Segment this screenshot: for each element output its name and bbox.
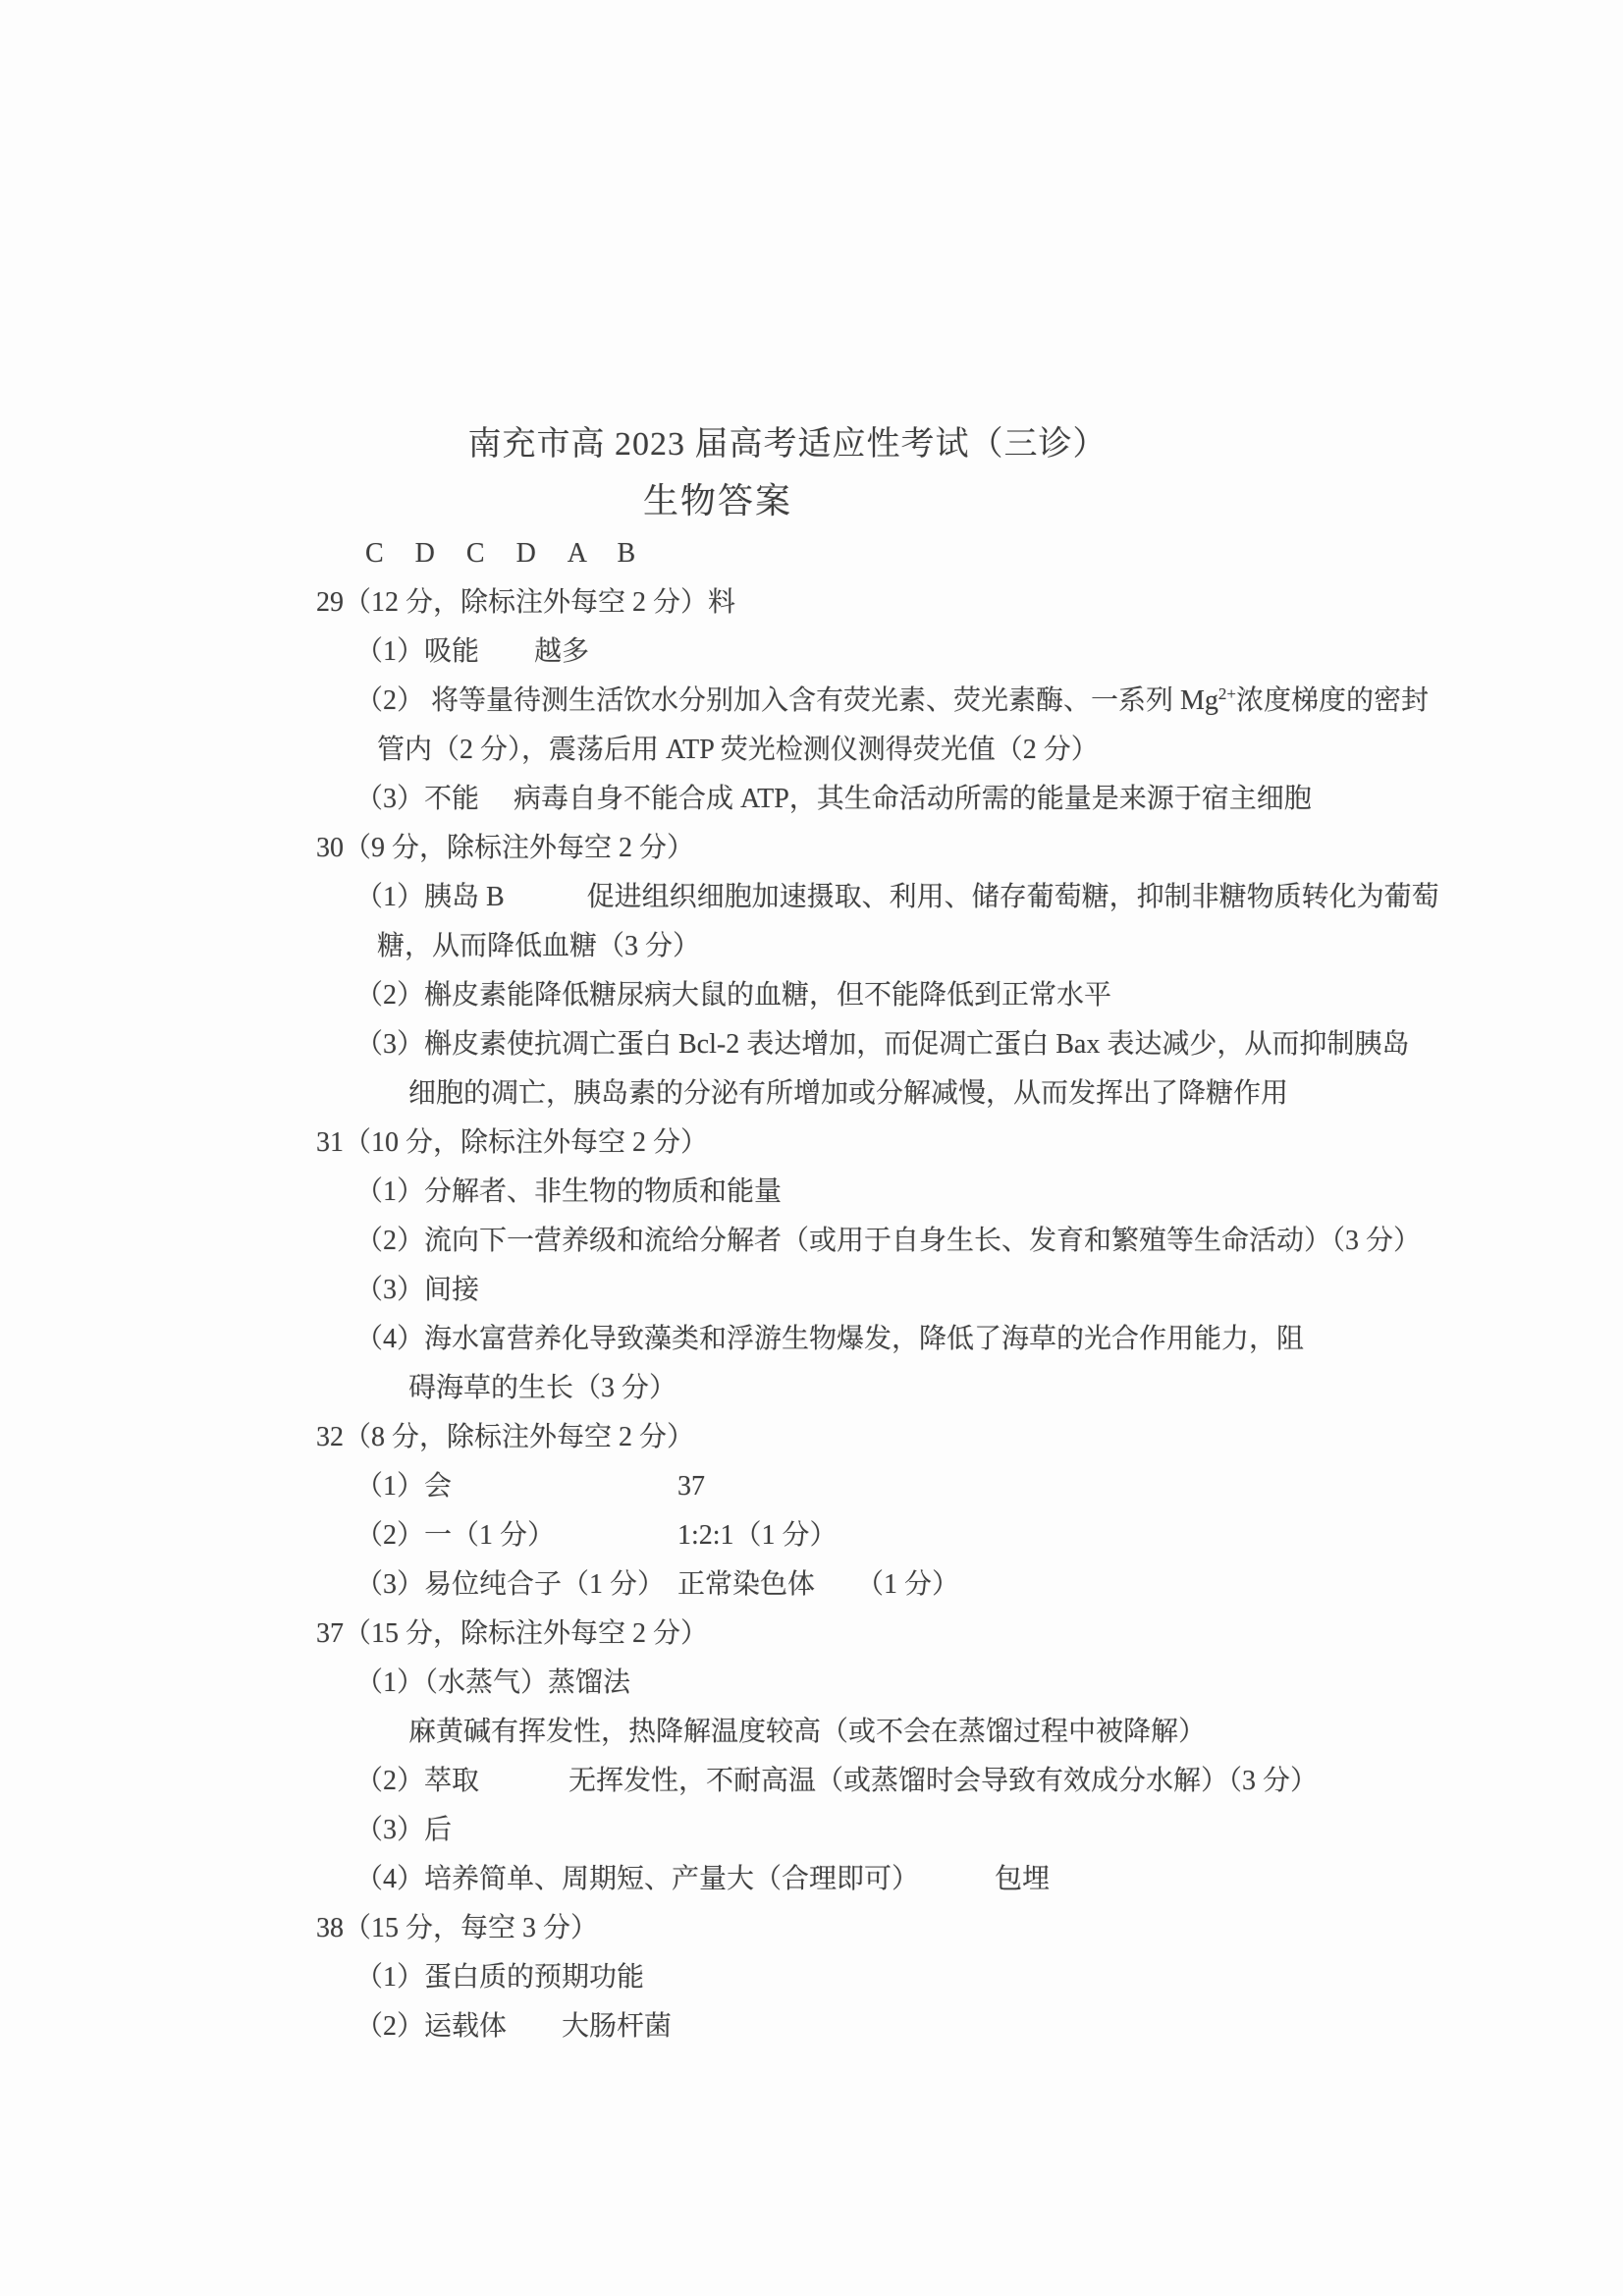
q37-answer-1: （1）（水蒸气）蒸馏法: [0, 1659, 1623, 1708]
document-page: 南充市高 2023 届高考适应性考试（三诊） 生物答案 C D C D A B …: [0, 0, 1623, 2296]
q30-header: 30（9 分，除标注外每空 2 分）: [0, 824, 1623, 873]
document-title: 南充市高 2023 届高考适应性考试（三诊）: [0, 416, 1575, 465]
q29-answer-2-text: （2） 将等量待测生活饮水分别加入含有荧光素、荧光素酶、一系列 Mg: [355, 685, 1218, 716]
q29-answer-2-tail: 浓度梯度的密封: [1236, 685, 1429, 716]
document-subtitle: 生物答案: [0, 473, 1435, 523]
q38-header: 38（15 分，每空 3 分）: [0, 1904, 1623, 1953]
q29-answer-3: （3）不能 病毒自身不能合成 ATP，其生命活动所需的能量是来源于宿主细胞: [0, 775, 1623, 824]
q32-answer-2-blank-2: 1:2:1（1 分）: [677, 1520, 838, 1551]
q32-answer-1-blank-2: 37: [677, 1471, 705, 1502]
q38-answer-1: （1）蛋白质的预期功能: [0, 1953, 1623, 2002]
q29-answer-1: （1）吸能 越多: [0, 628, 1623, 677]
q31-header: 31（10 分，除标注外每空 2 分）: [0, 1119, 1623, 1168]
q32-answer-1: （1）会37: [0, 1462, 1623, 1511]
q37-answer-1-continuation: 麻黄碱有挥发性，热降解温度较高（或不会在蒸馏过程中被降解）: [0, 1708, 1623, 1757]
q38-answer-2: （2）运载体 大肠杆菌: [0, 2002, 1623, 2051]
q32-answer-1-blank-1: （1）会: [355, 1462, 677, 1511]
q32-answer-3-blank-1: （3）易位纯合子（1 分）: [355, 1560, 677, 1610]
q29-answer-2: （2） 将等量待测生活饮水分别加入含有荧光素、荧光素酶、一系列 Mg2+浓度梯度…: [0, 677, 1623, 726]
q31-answer-3: （3）间接: [0, 1266, 1623, 1315]
q37-answer-2: （2）萃取 无挥发性，不耐高温（或蒸馏时会导致有效成分水解）（3 分）: [0, 1757, 1623, 1806]
q29-answer-2-continuation: 管内（2 分），震荡后用 ATP 荧光检测仪测得荧光值（2 分）: [0, 726, 1623, 775]
q32-header: 32（8 分，除标注外每空 2 分）: [0, 1413, 1623, 1462]
q30-answer-2: （2）槲皮素能降低糖尿病大鼠的血糖，但不能降低到正常水平: [0, 971, 1623, 1020]
q37-answer-4: （4）培养简单、周期短、产量大（合理即可） 包埋: [0, 1855, 1623, 1904]
answer-body: C D C D A B 29（12 分，除标注外每空 2 分）料 （1）吸能 越…: [0, 529, 1623, 2051]
q31-answer-2: （2）流向下一营养级和流给分解者（或用于自身生长、发育和繁殖等生命活动）（3 分…: [0, 1217, 1623, 1266]
q31-answer-4-continuation: 碍海草的生长（3 分）: [0, 1364, 1623, 1413]
q31-answer-4: （4）海水富营养化导致藻类和浮游生物爆发，降低了海草的光合作用能力，阻: [0, 1315, 1623, 1364]
q31-answer-1: （1）分解者、非生物的物质和能量: [0, 1168, 1623, 1217]
q29-header: 29（12 分，除标注外每空 2 分）料: [0, 578, 1623, 628]
mg-ion-superscript: 2+: [1218, 684, 1236, 703]
q30-answer-1: （1）胰岛 B 促进组织细胞加速摄取、利用、储存葡萄糖，抑制非糖物质转化为葡萄: [0, 873, 1623, 922]
q32-answer-3: （3）易位纯合子（1 分）正常染色体（1 分）: [0, 1560, 1623, 1610]
q30-answer-1-continuation: 糖，从而降低血糖（3 分）: [0, 922, 1623, 971]
q32-answer-3-blank-2: 正常染色体: [677, 1569, 815, 1600]
q32-answer-2: （2）一（1 分）1:2:1（1 分）: [0, 1511, 1623, 1560]
multiple-choice-answers: C D C D A B: [0, 529, 1623, 578]
q32-answer-3-score: （1 分）: [856, 1569, 959, 1600]
q37-answer-3: （3）后: [0, 1806, 1623, 1855]
q32-answer-2-blank-1: （2）一（1 分）: [355, 1511, 677, 1560]
q30-answer-3: （3）槲皮素使抗凋亡蛋白 Bcl-2 表达增加，而促凋亡蛋白 Bax 表达减少，…: [0, 1020, 1623, 1069]
q30-answer-3-continuation: 细胞的凋亡，胰岛素的分泌有所增加或分解减慢，从而发挥出了降糖作用: [0, 1069, 1623, 1119]
q37-header: 37（15 分，除标注外每空 2 分）: [0, 1610, 1623, 1659]
